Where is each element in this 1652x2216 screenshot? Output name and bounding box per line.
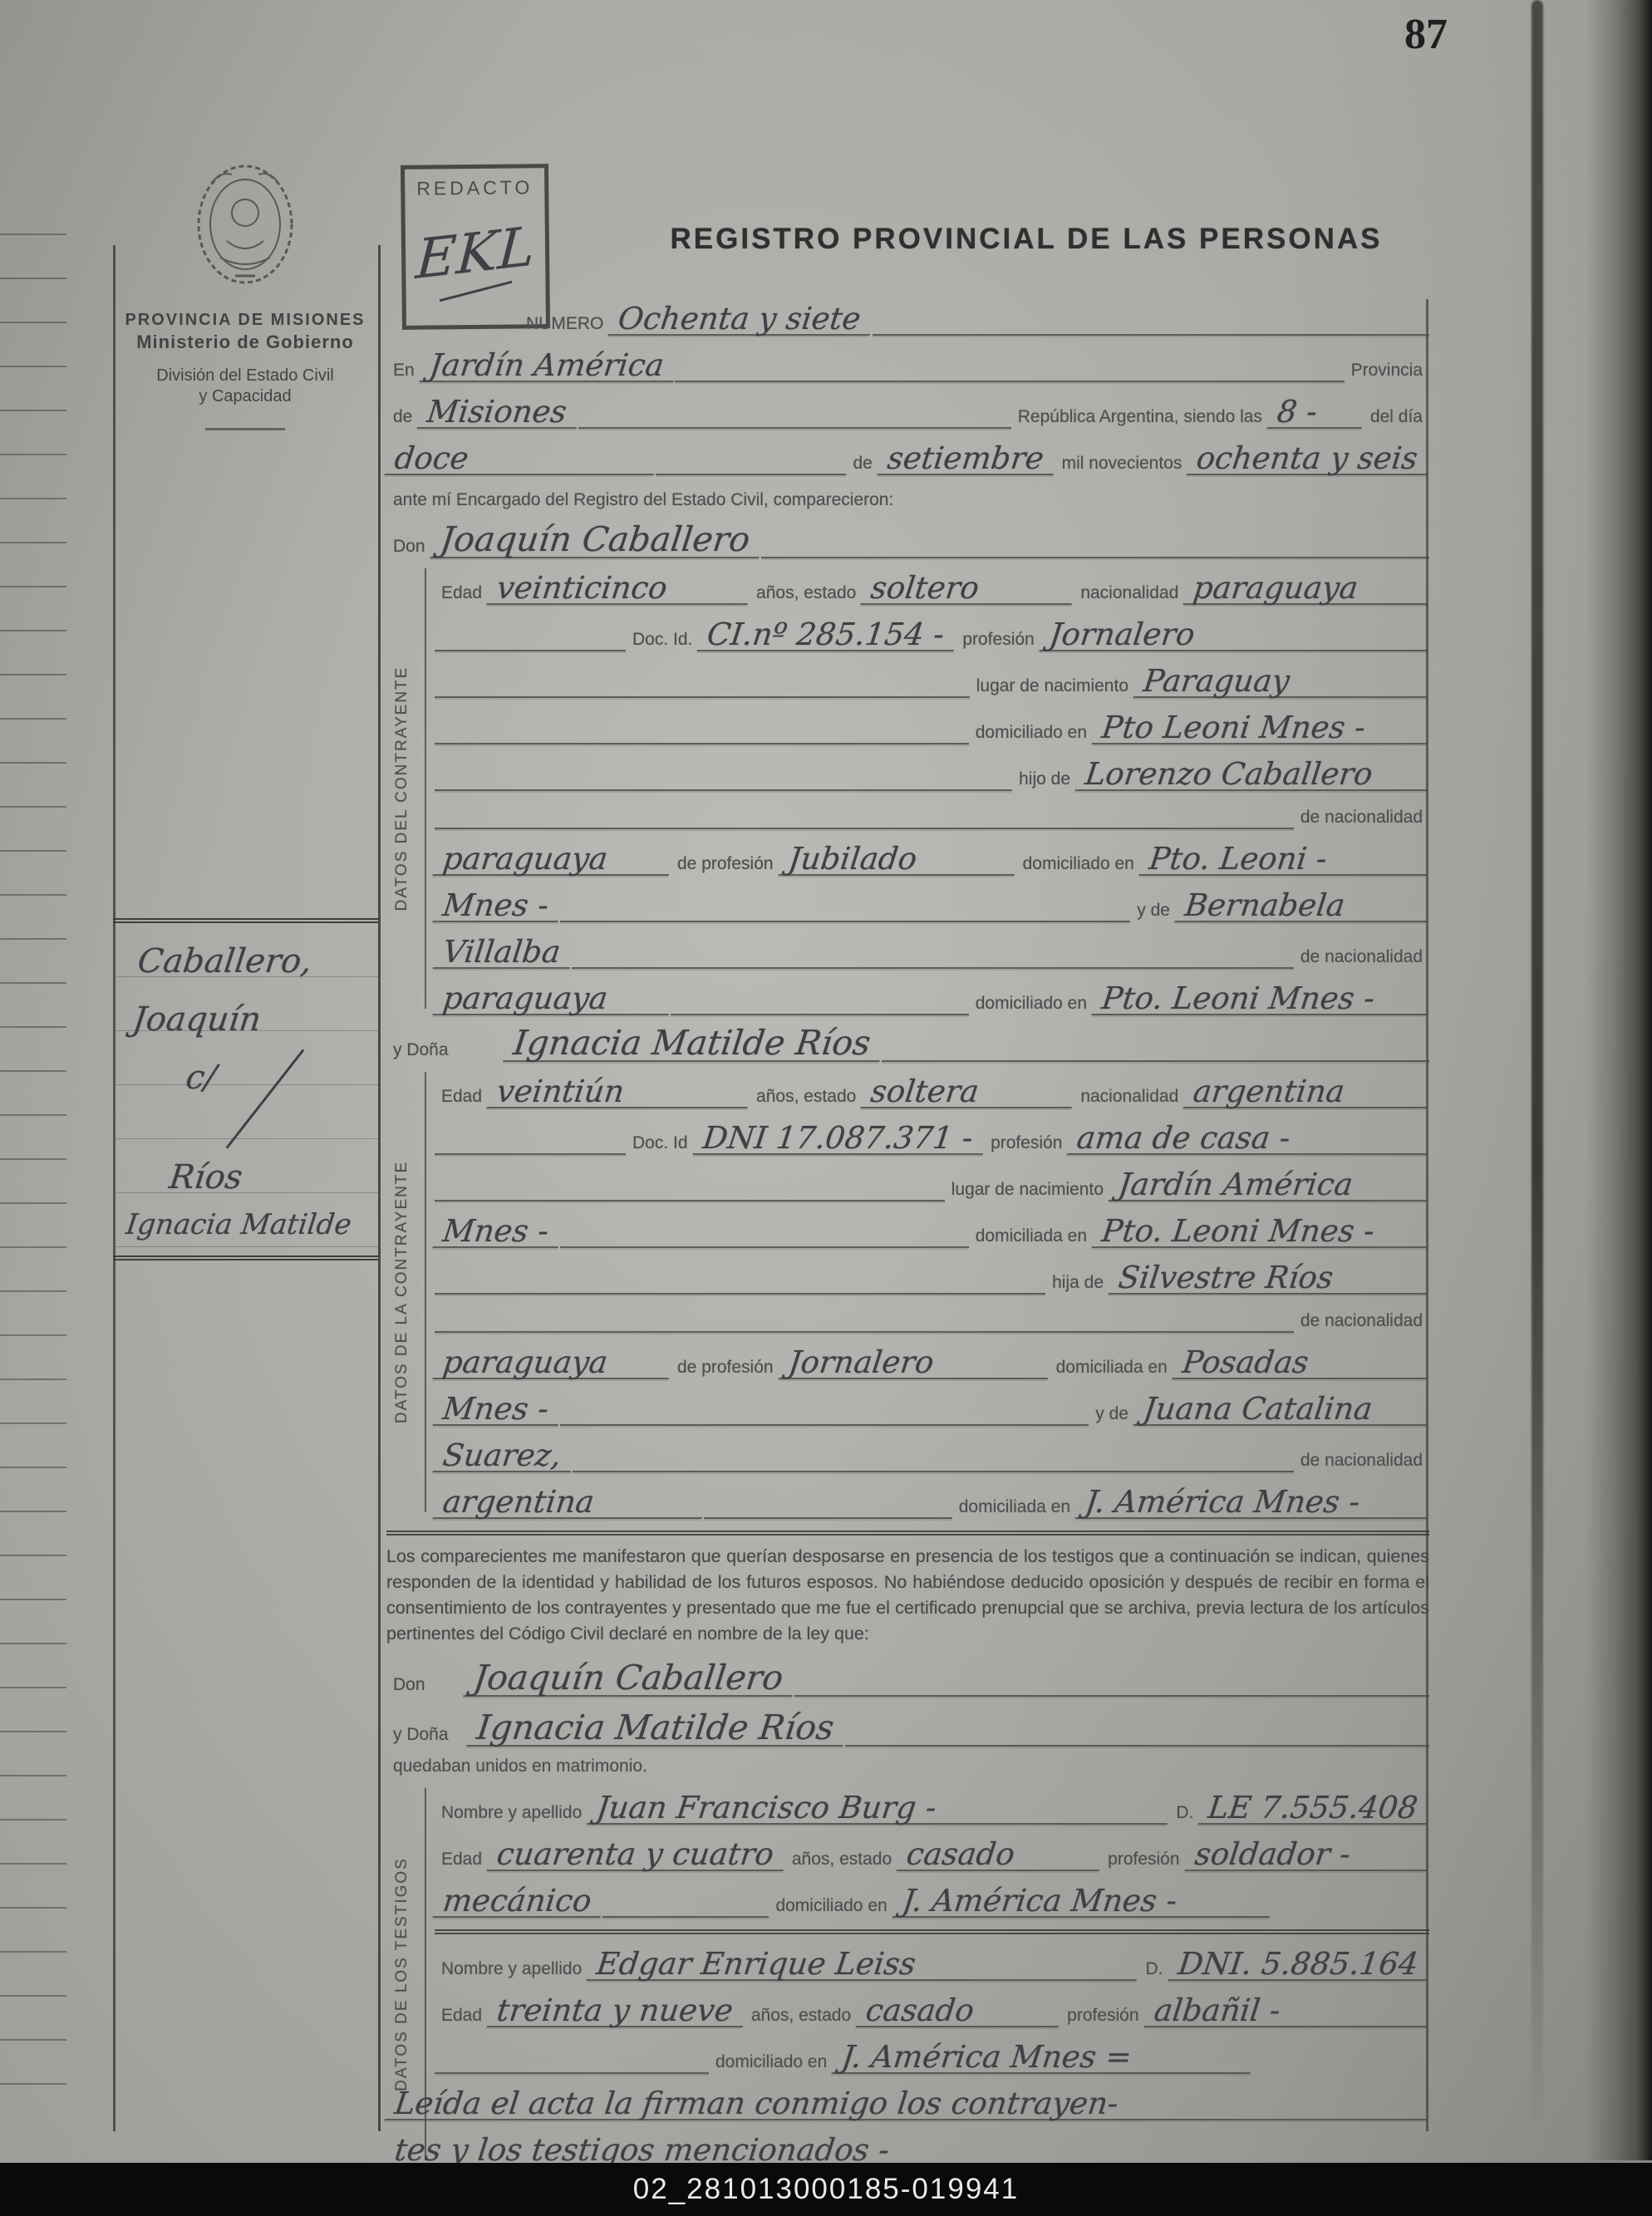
month-value: setiembre: [877, 443, 1057, 475]
en-label: En: [386, 361, 421, 382]
bride-mother: Juana Catalina: [1133, 1393, 1432, 1426]
form-left-border: [378, 245, 381, 2131]
domicilio-label: domiciliado en: [969, 994, 1094, 1015]
groom-name-value: Joaquín Caballero: [430, 523, 763, 558]
witness1-doc: LE 7.555.408: [1198, 1792, 1431, 1825]
mother-nationality: argentina: [433, 1486, 706, 1519]
decl-row-groom: Don Joaquín Caballero: [386, 1650, 1429, 1697]
groom-row-mother-2: Villalba de nacionalidad: [435, 926, 1429, 969]
de-profesion-label: de profesión: [671, 1358, 780, 1379]
form-row-numero: NUMERO Ochenta y siete: [386, 292, 1429, 336]
father-domicile-2: Mnes -: [433, 1393, 563, 1426]
margin-note-slash: [226, 1049, 305, 1148]
letterhead-division: División del Estado Civil: [113, 366, 377, 386]
margin-note-given: Joaquín: [123, 1003, 275, 1036]
lugar-label: lugar de nacimiento: [970, 676, 1135, 698]
form-row-bride-name: y Doña Ignacia Matilde Ríos: [386, 1019, 1429, 1062]
book-page-edge: [1586, 0, 1652, 2160]
edad-label: Edad: [435, 583, 489, 605]
hour-value: 8 -: [1267, 396, 1366, 429]
blank-line: [761, 556, 1429, 558]
don-label: Don: [386, 537, 432, 558]
de-profesion-label: de profesión: [671, 854, 780, 876]
margin-case-box: Caballero, Joaquín c/ Ríos Ignacia Matil…: [113, 918, 379, 1260]
profesion-label: profesión: [956, 630, 1040, 651]
scan-reference-id: 02_281013000185-019941: [633, 2173, 1019, 2206]
republica-label: República Argentina, siendo las: [1011, 407, 1269, 429]
groom-profesion: Jornalero: [1039, 619, 1431, 651]
witness2-doc: DNI. 5.885.164: [1168, 1948, 1431, 1981]
domicilio-label: domiciliada en: [952, 1497, 1077, 1519]
de-nacionalidad-label: de nacionalidad: [1294, 1311, 1429, 1333]
dona-label: y Doña: [386, 1725, 455, 1747]
blank-line: [435, 649, 626, 651]
groom-father: Lorenzo Caballero: [1075, 759, 1432, 791]
bride-row-mother-2: Suarez, de nacionalidad: [435, 1429, 1429, 1472]
blank-line: [560, 1246, 969, 1248]
place-value: Jardín América: [419, 350, 676, 382]
facing-page-ruled-lines: [0, 191, 66, 2119]
father-profession: Jornalero: [778, 1347, 1051, 1379]
blank-line: [873, 333, 1429, 336]
witness1-profession-2: mecánico: [433, 1885, 605, 1918]
nacionalidad-label: nacionalidad: [1074, 583, 1185, 605]
blank-line: [704, 1516, 952, 1519]
groom-age: veinticinco: [487, 572, 752, 605]
groom-row-birthplace: lugar de nacimiento Paraguay: [435, 655, 1429, 698]
groom-row-mother: Mnes - y de Bernabela: [435, 879, 1429, 922]
margin-note-versus: c/: [176, 1061, 230, 1094]
blank-line: [435, 789, 1012, 791]
redacto-stamp-label: REDACTO: [405, 176, 544, 200]
domicilio-label: domiciliada en: [969, 1226, 1094, 1248]
blank-line: [656, 473, 846, 475]
numero-value: Ochenta y siete: [608, 303, 874, 336]
witness2-estado: casado: [856, 1995, 1063, 2027]
closing-row-2: tes y los testigos mencionados -: [386, 2124, 1429, 2167]
decl-row-bride: y Doña Ignacia Matilde Ríos: [386, 1700, 1429, 1747]
double-rule-divider: [435, 1929, 1429, 1934]
bride-age: veintiún: [487, 1076, 752, 1108]
blank-line: [435, 742, 969, 744]
blank-line: [435, 1199, 945, 1201]
groom-domicile: Pto Leoni Mnes -: [1092, 712, 1432, 744]
decl-groom-name: Joaquín Caballero: [463, 1661, 796, 1697]
bride-row-age: Edad veintiún años, estado soltera nacio…: [435, 1065, 1429, 1108]
doc-label: D.: [1139, 1959, 1170, 1981]
father-profession: Jubilado: [778, 843, 1018, 876]
witness1-profession: soldador -: [1184, 1839, 1431, 1871]
witness1-domicile: J. América Mnes -: [892, 1885, 1273, 1918]
letterhead-province: PROVINCIA DE MISIONES: [113, 311, 377, 330]
blank-line: [794, 1694, 1429, 1697]
bride-section-label: DATOS DE LA CONTRAYENTE: [393, 1161, 411, 1423]
bride-estado: soltera: [861, 1076, 1076, 1108]
groom-row-mother-details: paraguaya domiciliado en Pto. Leoni Mnes…: [435, 972, 1429, 1015]
bride-father: Silvestre Ríos: [1109, 1262, 1432, 1295]
bride-section: DATOS DE LA CONTRAYENTE Edad veintiún añ…: [386, 1065, 1429, 1519]
groom-section-label: DATOS DEL CONTRAYENTE: [393, 666, 411, 911]
groom-estado: soltero: [861, 572, 1076, 605]
father-nationality: paraguaya: [433, 1347, 673, 1379]
groom-nacionalidad: paraguaya: [1183, 572, 1432, 605]
letterhead-block: PROVINCIA DE MISIONES Ministerio de Gobi…: [113, 158, 377, 430]
witnesses-section: DATOS DE LOS TESTIGOS Nombre y apellido …: [386, 1781, 1429, 2167]
nombre-label: Nombre y apellido: [435, 1959, 588, 1981]
blank-line: [671, 1013, 969, 1015]
nombre-label: Nombre y apellido: [435, 1803, 588, 1825]
father-domicile: Posadas: [1172, 1347, 1431, 1379]
anos-estado-label: años, estado: [750, 583, 863, 605]
witness2-name: Edgar Enrique Leiss: [587, 1948, 1141, 1981]
form-title: REGISTRO PROVINCIAL DE LAS PERSONAS: [569, 223, 1483, 256]
profesion-label: profesión: [1060, 2006, 1145, 2027]
blank-line: [435, 1292, 1045, 1295]
margin-note-bride-given: Ignacia Matilde: [116, 1211, 365, 1239]
letterhead-divider: [205, 428, 285, 430]
witness2-row-age: Edad treinta y nueve años, estado casado…: [435, 1984, 1429, 2027]
domicilio-label: domiciliado en: [969, 723, 1094, 744]
groom-mother: Bernabela: [1175, 890, 1432, 922]
groom-row-father-details: paraguaya de profesión Jubilado domicili…: [435, 833, 1429, 876]
groom-birthplace: Paraguay: [1133, 666, 1432, 698]
form-row-antemi: ante mí Encargado del Registro del Estad…: [386, 479, 1429, 512]
form-row-province-hour: de Misiones República Argentina, siendo …: [386, 386, 1429, 429]
witness1-name: Juan Francisco Burg -: [587, 1792, 1172, 1825]
blank-line: [435, 1152, 626, 1155]
witness1-row-domicile: mecánico domiciliado en J. América Mnes …: [435, 1875, 1429, 1918]
decl-bride-name: Ignacia Matilde Ríos: [466, 1711, 847, 1747]
mother-domicile: J. América Mnes -: [1075, 1486, 1432, 1519]
witness1-row-age: Edad cuarenta y cuatro años, estado casa…: [435, 1828, 1429, 1871]
edad-label: Edad: [435, 2006, 489, 2027]
de-nacionalidad-label: de nacionalidad: [1294, 1451, 1429, 1472]
letterhead-division-2: y Capacidad: [113, 387, 377, 406]
witness1-estado: casado: [897, 1839, 1104, 1871]
bride-row-father: hija de Silvestre Ríos: [435, 1251, 1429, 1295]
form-body: NUMERO Ochenta y siete En Jardín América…: [386, 289, 1429, 2167]
closing-row-1: Leída el acta la firman conmigo los cont…: [386, 2077, 1429, 2120]
groom-row-father-nat-label: de nacionalidad: [435, 794, 1429, 829]
provincial-seal-icon: [187, 158, 303, 299]
quedaban-label: quedaban unidos en matrimonio.: [386, 1757, 654, 1778]
bride-row-father-nat-label: de nacionalidad: [435, 1298, 1429, 1333]
lugar-label: lugar de nacimiento: [945, 1180, 1110, 1201]
anos-estado-label: años, estado: [785, 1850, 898, 1871]
closing-line-1: Leída el acta la firman conmigo los cont…: [385, 2088, 1432, 2120]
bride-row-mother: Mnes - y de Juana Catalina: [435, 1383, 1429, 1426]
father-domicile-2: Mnes -: [433, 890, 563, 922]
bride-nacionalidad: argentina: [1183, 1076, 1432, 1108]
y-de-label: y de: [1089, 1404, 1135, 1426]
groom-mother-surname: Villalba: [433, 936, 574, 969]
hija-de-label: hija de: [1045, 1273, 1110, 1295]
declaration-paragraph: Los comparecientes me manifestaron que q…: [386, 1544, 1429, 1647]
form-row-place: En Jardín América Provincia: [386, 339, 1429, 382]
groom-row-domicile: domiciliado en Pto Leoni Mnes -: [435, 701, 1429, 744]
bride-mother-surname: Suarez,: [433, 1440, 575, 1472]
witness2-profession: albañil -: [1143, 1995, 1431, 2027]
bride-row-domicile: Mnes - domiciliada en Pto. Leoni Mnes -: [435, 1205, 1429, 1248]
day-value: doce: [385, 443, 658, 475]
scanned-civil-registry-page: 87 PROVINCIA DE MISIONES Ministerio de G…: [0, 0, 1652, 2216]
blank-line: [845, 1744, 1429, 1747]
provincia-label: Provincia: [1345, 361, 1429, 382]
scan-footer-bar: 02_281013000185-019941: [0, 2163, 1652, 2216]
doc-label: D.: [1169, 1803, 1200, 1825]
mother-nationality: paraguaya: [433, 983, 673, 1015]
bride-domicile: Pto. Leoni Mnes -: [1092, 1216, 1432, 1248]
bride-doc: DNI 17.087.371 -: [692, 1123, 986, 1155]
witness2-row-name: Nombre y apellido Edgar Enrique Leiss D.…: [435, 1938, 1429, 1981]
province-value: Misiones: [417, 396, 580, 429]
groom-row-father: hijo de Lorenzo Caballero: [435, 748, 1429, 791]
domicilio-label: domiciliado en: [769, 1896, 893, 1918]
witness1-row-name: Nombre y apellido Juan Francisco Burg - …: [435, 1781, 1429, 1825]
blank-line: [602, 1915, 769, 1918]
de-nacionalidad-label: de nacionalidad: [1294, 808, 1429, 829]
dona-label: y Doña: [386, 1040, 455, 1062]
witness2-age: treinta y nueve: [487, 1995, 747, 2027]
blank-line: [435, 2071, 709, 2074]
de-nacionalidad-label: de nacionalidad: [1294, 947, 1429, 969]
letterhead-ministry: Ministerio de Gobierno: [113, 332, 377, 353]
blank-line: [572, 966, 1294, 969]
blank-line: [882, 1059, 1429, 1062]
groom-doc: CI.nº 285.154 -: [697, 619, 958, 651]
book-binding-crease: [1532, 0, 1543, 2127]
mother-domicile: Pto. Leoni Mnes -: [1092, 983, 1432, 1015]
doc-label: Doc. Id.: [626, 630, 699, 651]
decl-row-result: quedaban unidos en matrimonio.: [386, 1750, 1429, 1778]
registrar-initials: EKL: [403, 214, 548, 293]
deldia-label: del día: [1364, 407, 1429, 429]
edad-label: Edad: [435, 1087, 489, 1108]
bride-row-doc: Doc. Id DNI 17.087.371 - profesión ama d…: [435, 1112, 1429, 1155]
margin-note-bride-surname: Ríos: [160, 1161, 256, 1194]
bride-profesion: ama de casa -: [1067, 1123, 1431, 1155]
blank-line: [578, 426, 1011, 429]
domicilio-label: domiciliado en: [709, 2052, 833, 2074]
anos-estado-label: años, estado: [745, 2006, 858, 2027]
groom-row-age: Edad veinticinco años, estado soltero na…: [435, 562, 1429, 605]
double-rule-divider: [386, 1531, 1429, 1535]
anos-estado-label: años, estado: [750, 1087, 863, 1108]
bride-birthplace-2: Mnes -: [433, 1216, 563, 1248]
blank-line: [435, 1330, 1294, 1333]
groom-section: DATOS DEL CONTRAYENTE Edad veinticinco a…: [386, 562, 1429, 1015]
groom-row-doc: Doc. Id. CI.nº 285.154 - profesión Jorna…: [435, 608, 1429, 651]
witness1-age: cuarenta y cuatro: [487, 1839, 788, 1871]
blank-line: [560, 920, 1130, 922]
domicilio-label: domiciliado en: [1016, 854, 1141, 876]
bride-row-birthplace: lugar de nacimiento Jardín América: [435, 1158, 1429, 1201]
blank-line: [435, 827, 1294, 829]
bride-row-father-details: paraguaya de profesión Jornalero domicil…: [435, 1336, 1429, 1379]
groom-section-rule: [425, 568, 426, 1009]
blank-line: [435, 695, 970, 698]
y-de-label: y de: [1130, 901, 1177, 922]
don-label: Don: [386, 1675, 432, 1697]
numero-label: NUMERO: [519, 314, 610, 336]
hijo-de-label: hijo de: [1012, 769, 1077, 791]
edad-label: Edad: [435, 1850, 489, 1871]
witness2-domicile: J. América Mnes =: [832, 2042, 1255, 2074]
antemi-label: ante mí Encargado del Registro del Estad…: [386, 490, 900, 512]
blank-line: [675, 380, 1344, 382]
nacionalidad-label: nacionalidad: [1074, 1087, 1185, 1108]
blank-line: [560, 1423, 1089, 1426]
form-row-date: doce de setiembre mil novecientos ochent…: [386, 432, 1429, 475]
father-nationality: paraguaya: [433, 843, 673, 876]
page-number: 87: [1404, 10, 1448, 59]
bride-row-mother-details: argentina domiciliada en J. América Mnes…: [435, 1476, 1429, 1519]
bride-section-rule: [425, 1072, 426, 1512]
bride-name-value: Ignacia Matilde Ríos: [503, 1026, 883, 1062]
blank-line: [573, 1470, 1294, 1472]
witnesses-section-label: DATOS DE LOS TESTIGOS: [393, 1857, 411, 2091]
profesion-label: profesión: [984, 1133, 1069, 1155]
bride-birthplace: Jardín América: [1109, 1169, 1432, 1201]
doc-label: Doc. Id: [626, 1133, 695, 1155]
margin-note-surname: Caballero,: [128, 945, 326, 978]
witness2-row-domicile: domiciliado en J. América Mnes =: [435, 2031, 1429, 2074]
de2-label: de: [846, 454, 878, 475]
mil-label: mil novecientos: [1055, 454, 1189, 475]
domicilio-label: domiciliada en: [1050, 1358, 1174, 1379]
form-row-groom-name: Don Joaquín Caballero: [386, 515, 1429, 558]
father-domicile: Pto. Leoni -: [1138, 843, 1431, 876]
de-label: de: [386, 407, 419, 429]
year-value: ochenta y seis: [1187, 443, 1431, 475]
profesion-label: profesión: [1101, 1850, 1186, 1871]
